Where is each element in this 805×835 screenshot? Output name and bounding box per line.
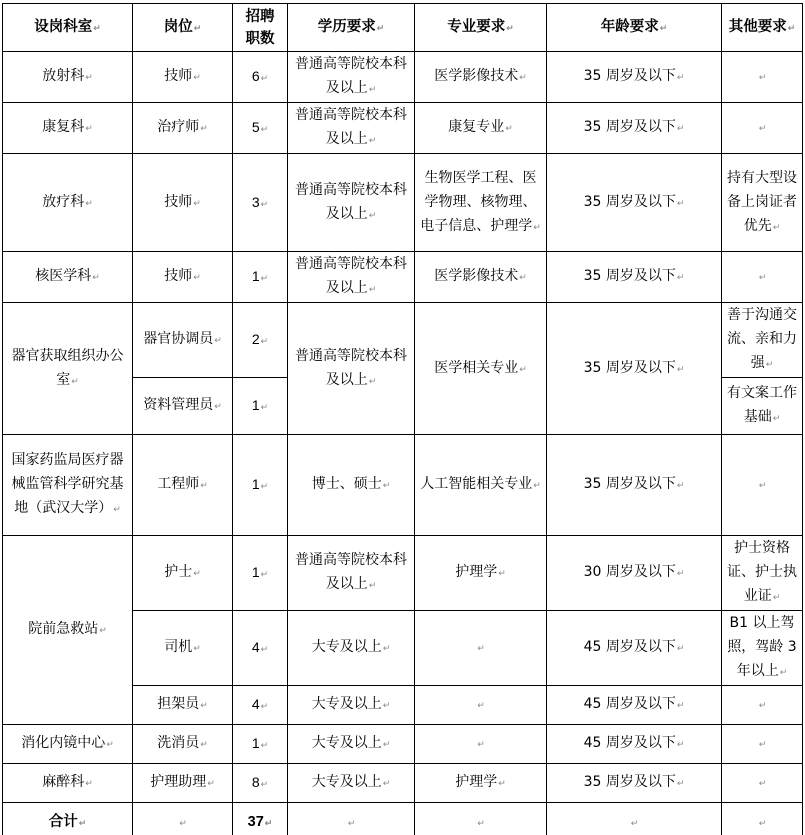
table-row: 消化内镜中心↵ 洗消员↵ 1↵ 大专及以上↵ ↵ 45 周岁及以下↵ ↵: [3, 725, 803, 764]
cell-other: 有文案工作基础↵: [722, 378, 803, 435]
cell-count: 5↵: [233, 103, 288, 154]
table-row: 院前急救站↵ 护士↵ 1↵ 普通高等院校本科及以上↵ 护理学↵ 30 周岁及以下…: [3, 536, 803, 611]
cell-age: 35 周岁及以下↵: [547, 252, 722, 303]
cell-count: 4↵: [233, 686, 288, 725]
cell-age: 45 周岁及以下↵: [547, 611, 722, 686]
cell-post: 技师↵: [133, 252, 233, 303]
cell-other: 善于沟通交流、亲和力强↵: [722, 303, 803, 378]
cell-other: ↵: [722, 252, 803, 303]
cell-dept: 消化内镜中心↵: [3, 725, 133, 764]
cell-dept: 国家药监局医疗器械监管科学研究基地（武汉大学）↵: [3, 435, 133, 536]
cell-age: 35 周岁及以下↵: [547, 764, 722, 803]
cell-other: ↵: [722, 686, 803, 725]
cell-major: ↵: [415, 611, 547, 686]
table-row: 麻醉科↵ 护理助理↵ 8↵ 大专及以上↵ 护理学↵ 35 周岁及以下↵ ↵: [3, 764, 803, 803]
cell-major: 医学影像技术↵: [415, 252, 547, 303]
table-row: 器官获取组织办公室↵ 器官协调员↵ 2↵ 普通高等院校本科及以上↵ 医学相关专业…: [3, 303, 803, 378]
header-dept: 设岗科室↵: [3, 4, 133, 52]
cell-edu: 大专及以上↵: [288, 686, 415, 725]
cell-age: 35 周岁及以下↵: [547, 154, 722, 252]
cell-age: 35 周岁及以下↵: [547, 435, 722, 536]
cell-edu: 大专及以上↵: [288, 611, 415, 686]
cell-age: 35 周岁及以下↵: [547, 52, 722, 103]
table-row: 放疗科↵ 技师↵ 3↵ 普通高等院校本科及以上↵ 生物医学工程、医学物理、核物理…: [3, 154, 803, 252]
cell-count: 1↵: [233, 435, 288, 536]
cell-edu: 普通高等院校本科及以上↵: [288, 52, 415, 103]
cell-empty: ↵: [547, 803, 722, 835]
cell-count: 2↵: [233, 303, 288, 378]
cell-age: 45 周岁及以下↵: [547, 686, 722, 725]
cell-count: 6↵: [233, 52, 288, 103]
cell-dept: 院前急救站↵: [3, 536, 133, 725]
cell-count: 1↵: [233, 536, 288, 611]
cell-post: 资料管理员↵: [133, 378, 233, 435]
cell-edu: 普通高等院校本科及以上↵: [288, 536, 415, 611]
cell-post: 器官协调员↵: [133, 303, 233, 378]
cell-major: 人工智能相关专业↵: [415, 435, 547, 536]
cell-count: 1↵: [233, 252, 288, 303]
cell-major: 护理学↵: [415, 764, 547, 803]
header-edu: 学历要求↵: [288, 4, 415, 52]
cell-edu: 普通高等院校本科及以上↵: [288, 303, 415, 435]
cell-edu: 普通高等院校本科及以上↵: [288, 103, 415, 154]
total-count: 37↵: [233, 803, 288, 835]
cell-major: 康复专业↵: [415, 103, 547, 154]
cell-age: 35 周岁及以下↵: [547, 303, 722, 435]
cell-dept: 康复科↵: [3, 103, 133, 154]
cell-post: 技师↵: [133, 52, 233, 103]
header-age: 年龄要求↵: [547, 4, 722, 52]
cell-other: B1 以上驾照，驾龄 3 年以上↵: [722, 611, 803, 686]
cell-major: 护理学↵: [415, 536, 547, 611]
cell-count: 1↵: [233, 725, 288, 764]
cell-major: 医学影像技术↵: [415, 52, 547, 103]
cell-edu: 普通高等院校本科及以上↵: [288, 154, 415, 252]
cell-other: 护士资格证、护士执业证↵: [722, 536, 803, 611]
cell-other: 持有大型设备上岗证者优先↵: [722, 154, 803, 252]
cell-empty: ↵: [722, 803, 803, 835]
cell-edu: 大专及以上↵: [288, 725, 415, 764]
cell-post: 治疗师↵: [133, 103, 233, 154]
cell-post: 护理助理↵: [133, 764, 233, 803]
cell-count: 8↵: [233, 764, 288, 803]
header-major: 专业要求↵: [415, 4, 547, 52]
cell-post: 司机↵: [133, 611, 233, 686]
cell-dept: 放疗科↵: [3, 154, 133, 252]
cell-dept: 器官获取组织办公室↵: [3, 303, 133, 435]
cell-major: 医学相关专业↵: [415, 303, 547, 435]
cell-other: ↵: [722, 764, 803, 803]
cell-count: 4↵: [233, 611, 288, 686]
cell-count: 3↵: [233, 154, 288, 252]
cell-dept: 核医学科↵: [3, 252, 133, 303]
cell-age: 35 周岁及以下↵: [547, 103, 722, 154]
cell-edu: 普通高等院校本科及以上↵: [288, 252, 415, 303]
total-label: 合计↵: [3, 803, 133, 835]
table-row: 核医学科↵ 技师↵ 1↵ 普通高等院校本科及以上↵ 医学影像技术↵ 35 周岁及…: [3, 252, 803, 303]
cell-edu: 大专及以上↵: [288, 764, 415, 803]
cell-other: ↵: [722, 103, 803, 154]
table-row: 放射科↵ 技师↵ 6↵ 普通高等院校本科及以上↵ 医学影像技术↵ 35 周岁及以…: [3, 52, 803, 103]
cell-count: 1↵: [233, 378, 288, 435]
cell-dept: 麻醉科↵: [3, 764, 133, 803]
table-row: 国家药监局医疗器械监管科学研究基地（武汉大学）↵ 工程师↵ 1↵ 博士、硕士↵ …: [3, 435, 803, 536]
cell-empty: ↵: [288, 803, 415, 835]
cell-edu: 博士、硕士↵: [288, 435, 415, 536]
cell-major: 生物医学工程、医学物理、核物理、电子信息、护理学↵: [415, 154, 547, 252]
header-other: 其他要求↵: [722, 4, 803, 52]
cell-major: ↵: [415, 725, 547, 764]
cell-dept: 放射科↵: [3, 52, 133, 103]
cell-post: 担架员↵: [133, 686, 233, 725]
cell-other: ↵: [722, 725, 803, 764]
header-post: 岗位↵: [133, 4, 233, 52]
cell-age: 30 周岁及以下↵: [547, 536, 722, 611]
cell-major: ↵: [415, 686, 547, 725]
cell-other: ↵: [722, 435, 803, 536]
cell-post: 洗消员↵: [133, 725, 233, 764]
cell-age: 45 周岁及以下↵: [547, 725, 722, 764]
recruitment-table: 设岗科室↵ 岗位↵ 招聘职数 学历要求↵ 专业要求↵ 年龄要求↵ 其他要求↵ 放…: [2, 3, 803, 835]
header-count: 招聘职数: [233, 4, 288, 52]
cell-empty: ↵: [415, 803, 547, 835]
cell-empty: ↵: [133, 803, 233, 835]
header-row: 设岗科室↵ 岗位↵ 招聘职数 学历要求↵ 专业要求↵ 年龄要求↵ 其他要求↵: [3, 4, 803, 52]
table-row: 康复科↵ 治疗师↵ 5↵ 普通高等院校本科及以上↵ 康复专业↵ 35 周岁及以下…: [3, 103, 803, 154]
cell-other: ↵: [722, 52, 803, 103]
total-row: 合计↵ ↵ 37↵ ↵ ↵ ↵ ↵: [3, 803, 803, 835]
cell-post: 工程师↵: [133, 435, 233, 536]
cell-post: 护士↵: [133, 536, 233, 611]
cell-post: 技师↵: [133, 154, 233, 252]
